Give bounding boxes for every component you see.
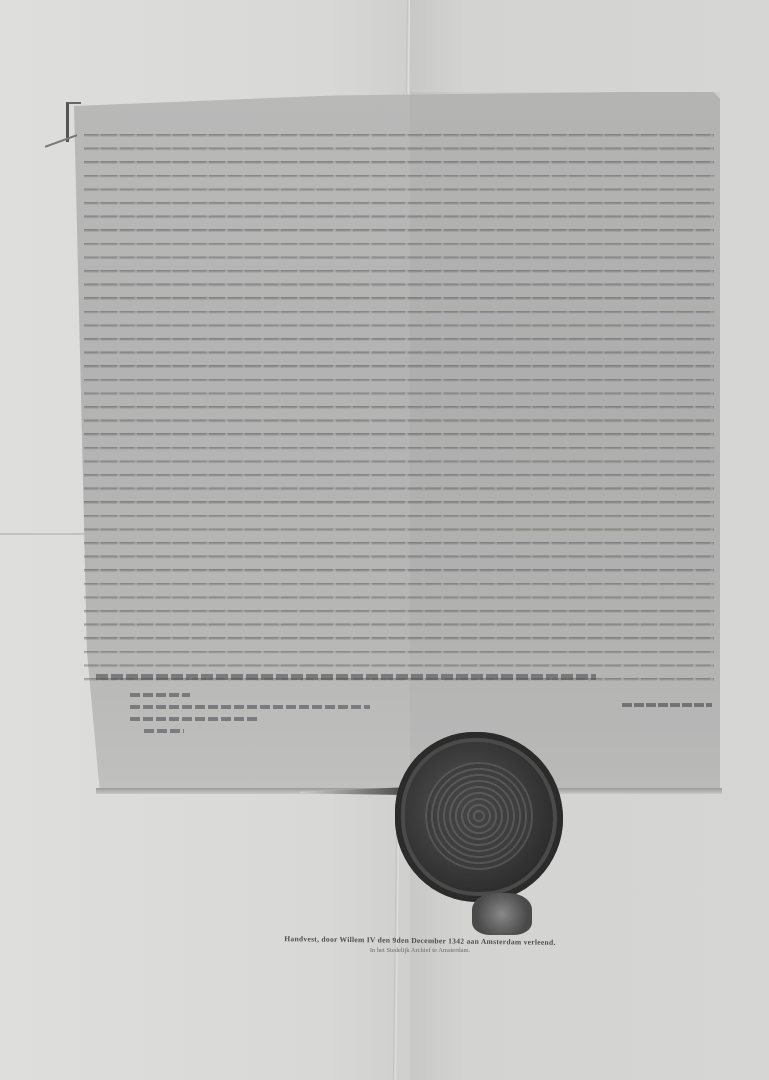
chancery-note-right bbox=[622, 703, 712, 707]
chancery-notes-left bbox=[130, 693, 410, 753]
note-line bbox=[130, 705, 370, 709]
seal-cord-knot bbox=[472, 893, 532, 935]
note-line bbox=[144, 729, 184, 733]
charter-final-text-line bbox=[96, 674, 596, 680]
plate-caption: Handvest, door Willem IV den 9den Decemb… bbox=[230, 936, 610, 955]
wax-seal-icon bbox=[395, 732, 563, 902]
seal-equestrian-figure-icon bbox=[425, 762, 533, 870]
note-line bbox=[130, 717, 260, 721]
note-line bbox=[130, 693, 190, 697]
charter-handwritten-text bbox=[84, 128, 714, 688]
